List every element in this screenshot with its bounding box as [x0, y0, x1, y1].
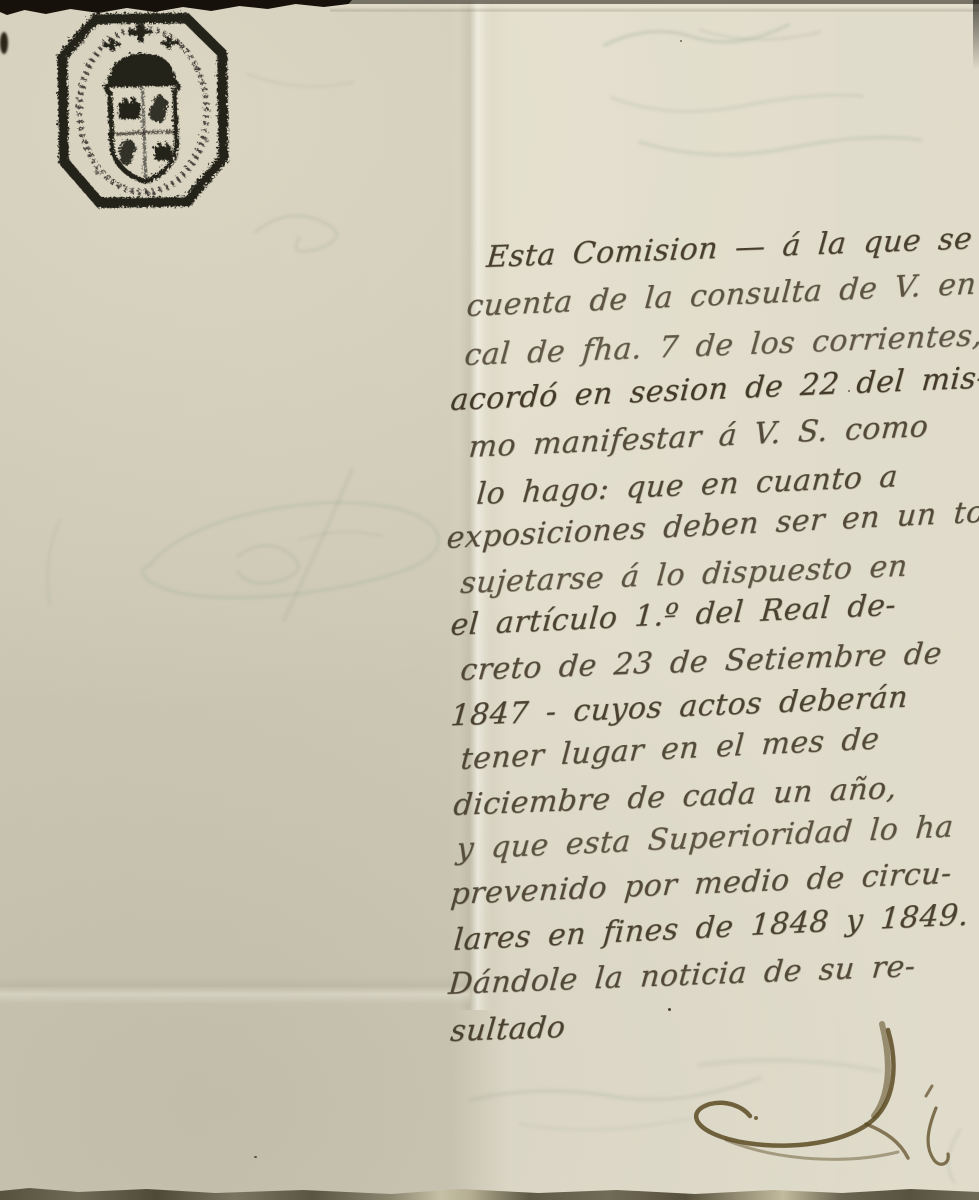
crown-icon — [100, 21, 179, 82]
handwritten-line: sultado — [449, 1010, 567, 1049]
castle-quarter — [153, 140, 171, 159]
official-stamp-icon — [47, 5, 236, 213]
lion-quarter — [118, 138, 136, 164]
lion-quarter — [147, 93, 168, 121]
scanned-letter-page: Esta Comision — á la que se dió cuenta d… — [0, 0, 979, 1200]
shield-icon — [105, 81, 180, 181]
castle-quarter — [117, 96, 139, 118]
signature-flourish — [630, 1012, 970, 1177]
